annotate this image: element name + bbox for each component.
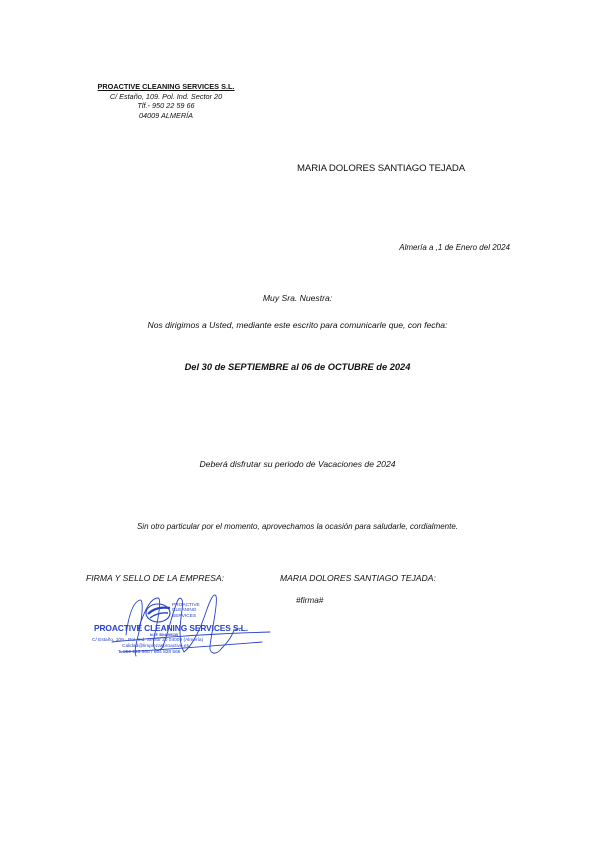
- stamp-logo-text: PROACTIVE CLEANING SERVICES: [172, 603, 200, 619]
- company-phone: Tlf.- 950 22 59 66: [86, 101, 246, 111]
- stamp-company-name: PROACTIVE CLEANING SERVICES S.L.: [94, 623, 248, 633]
- date-line: Almería a ,1 de Enero del 2024: [399, 243, 510, 252]
- stamp-address: C/ Estaño, 109 · Pol. Ind. Sector 20 040…: [92, 638, 203, 643]
- company-signature-label: FIRMA Y SELLO DE LA EMPRESA:: [86, 573, 224, 583]
- company-header: PROACTIVE CLEANING SERVICES S.L. C/ Esta…: [86, 82, 246, 120]
- company-name: PROACTIVE CLEANING SERVICES S.L.: [86, 82, 246, 92]
- company-stamp: PROACTIVE CLEANING SERVICES PROACTIVE CL…: [92, 590, 272, 662]
- vacation-notice: Deberá disfrutar su periodo de Vacacione…: [0, 459, 595, 469]
- greeting: Muy Sra. Nuestra:: [0, 293, 595, 303]
- stamp-phone: T. 950 225 966 / 664 828 566: [118, 650, 180, 655]
- vacation-period: Del 30 de SEPTIEMBRE al 06 de OCTUBRE de…: [0, 362, 595, 372]
- stamp-email: Calidad@limpiezasproactive.es: [122, 644, 189, 649]
- closing-paragraph: Sin otro particular por el momento, apro…: [0, 522, 595, 531]
- recipient-name: MARIA DOLORES SANTIAGO TEJADA: [297, 163, 465, 174]
- employee-signature-label: MARIA DOLORES SANTIAGO TEJADA:: [280, 573, 436, 583]
- company-city: 04009 ALMERÍA: [86, 111, 246, 121]
- employee-signature-placeholder: #firma#: [296, 596, 323, 605]
- company-address: C/ Estaño, 109. Pol. Ind. Sector 20: [86, 92, 246, 102]
- intro-paragraph: Nos dirigimos a Usted, mediante este esc…: [0, 320, 595, 330]
- stamp-nif: N.I.F. B04699135: [150, 633, 178, 637]
